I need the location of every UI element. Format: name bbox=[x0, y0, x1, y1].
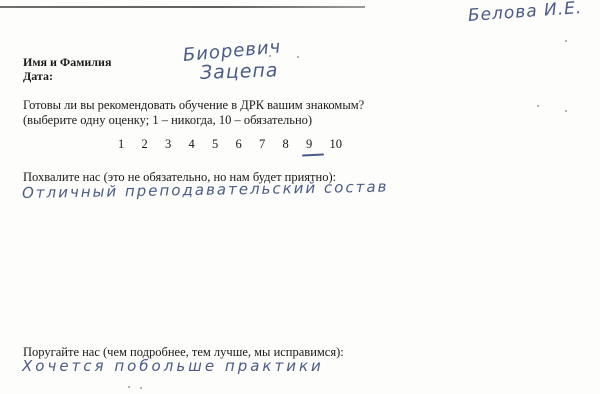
scan-speck bbox=[128, 386, 130, 388]
scan-speck bbox=[297, 56, 299, 58]
scan-speck bbox=[565, 110, 567, 112]
scan-speck bbox=[140, 387, 142, 389]
recommend-question: Готовы ли вы рекомендовать обучение в ДР… bbox=[23, 98, 364, 113]
rating-option-3[interactable]: 3 bbox=[165, 137, 189, 153]
date-field[interactable]: Зацепа bbox=[200, 59, 279, 84]
rating-option-4[interactable]: 4 bbox=[189, 137, 213, 153]
rating-option-7[interactable]: 7 bbox=[259, 137, 283, 153]
rating-scale[interactable]: 12345678910 bbox=[118, 137, 353, 153]
top-border-line bbox=[0, 6, 365, 8]
name-label: Имя и Фамилия bbox=[23, 55, 111, 70]
rating-option-10[interactable]: 10 bbox=[330, 137, 354, 153]
scan-speck bbox=[537, 105, 539, 107]
rating-option-8[interactable]: 8 bbox=[283, 137, 307, 153]
date-label: Дата: bbox=[23, 69, 53, 84]
reviewer-note: Белова И.Е. bbox=[467, 0, 583, 26]
rating-option-6[interactable]: 6 bbox=[236, 137, 260, 153]
scan-speck bbox=[269, 55, 271, 57]
criticism-answer[interactable]: Хочется побольше практики bbox=[22, 357, 324, 375]
rating-option-1[interactable]: 1 bbox=[118, 137, 142, 153]
rating-option-9[interactable]: 9 bbox=[306, 137, 330, 153]
scan-speck bbox=[565, 40, 567, 42]
rating-option-5[interactable]: 5 bbox=[212, 137, 236, 153]
recommend-hint: (выберите одну оценку; 1 – никогда, 10 –… bbox=[23, 113, 312, 128]
rating-option-2[interactable]: 2 bbox=[142, 137, 166, 153]
